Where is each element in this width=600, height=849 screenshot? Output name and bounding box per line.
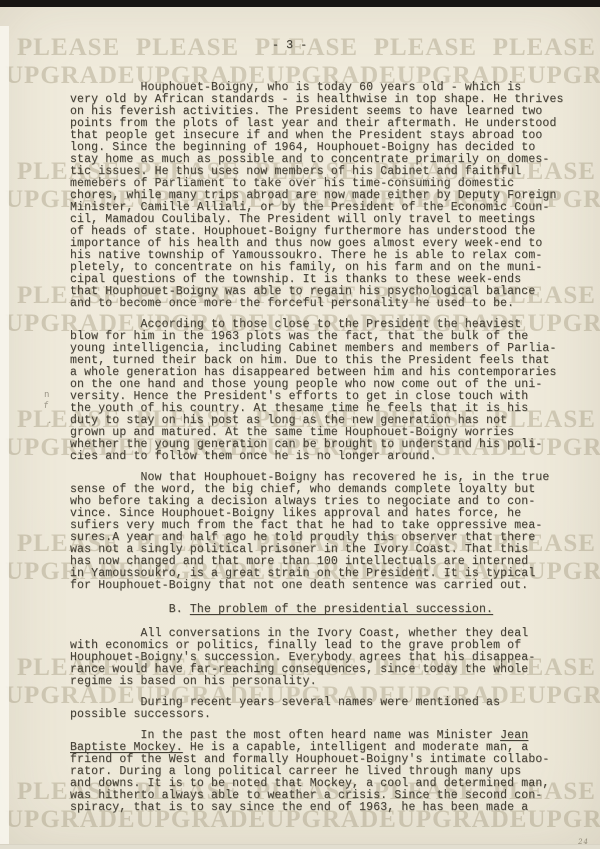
text-line: and to become once more the forceful per… [70,298,582,310]
text-line: cies and to follow them once he is no lo… [70,451,582,463]
text-segment: cies and to follow them once he is no lo… [70,450,437,463]
paragraph: Now that Houphouet-Boigny has recovered … [70,472,582,592]
paragraph: Houphouet-Boigny, who is today 60 years … [70,82,582,310]
pencil-mark: n [44,390,49,400]
text-line: spiracy, that is to say since the end of… [70,802,582,814]
text-segment: B. [70,603,190,616]
text-line: B. The problem of the presidential succe… [70,604,582,616]
page-number: - 3 - [272,40,582,52]
underlined-text: The problem of the presidential successi… [190,603,493,616]
typed-content: - 3 - Houphouet-Boigny, who is today 60 … [70,40,582,823]
pencil-mark: . [47,416,52,426]
text-line: for Houphouet-Boigny that not one death … [70,580,582,592]
scanned-document: PLEASEPLEASEPLEASEPLEASEPLEASEUPGRADEUPG… [0,0,600,849]
document-body: Houphouet-Boigny, who is today 60 years … [70,82,582,814]
scan-edge-left [0,26,9,849]
scan-edge-bottom [0,844,600,849]
paragraph: According to those close to the Presiden… [70,319,582,463]
text-line: possible successors. [70,709,582,721]
text-segment: regime is based on his personality. [70,675,317,688]
text-segment: spiracy, that is to say since the end of… [70,801,528,814]
paper-page: PLEASEPLEASEPLEASEPLEASEPLEASEUPGRADEUPG… [0,0,600,849]
text-segment: and to become once more the forceful per… [70,297,514,310]
text-segment: possible successors. [70,708,211,721]
section-heading: B. The problem of the presidential succe… [70,604,582,616]
paragraph: During recent years several names were m… [70,697,582,721]
paragraph: All conversations in the Ivory Coast, wh… [70,628,582,688]
text-segment: for Houphouet-Boigny that not one death … [70,579,528,592]
scan-edge-top [0,0,600,7]
paragraph: In the past the most often heard name wa… [70,730,582,814]
text-line: regime is based on his personality. [70,676,582,688]
